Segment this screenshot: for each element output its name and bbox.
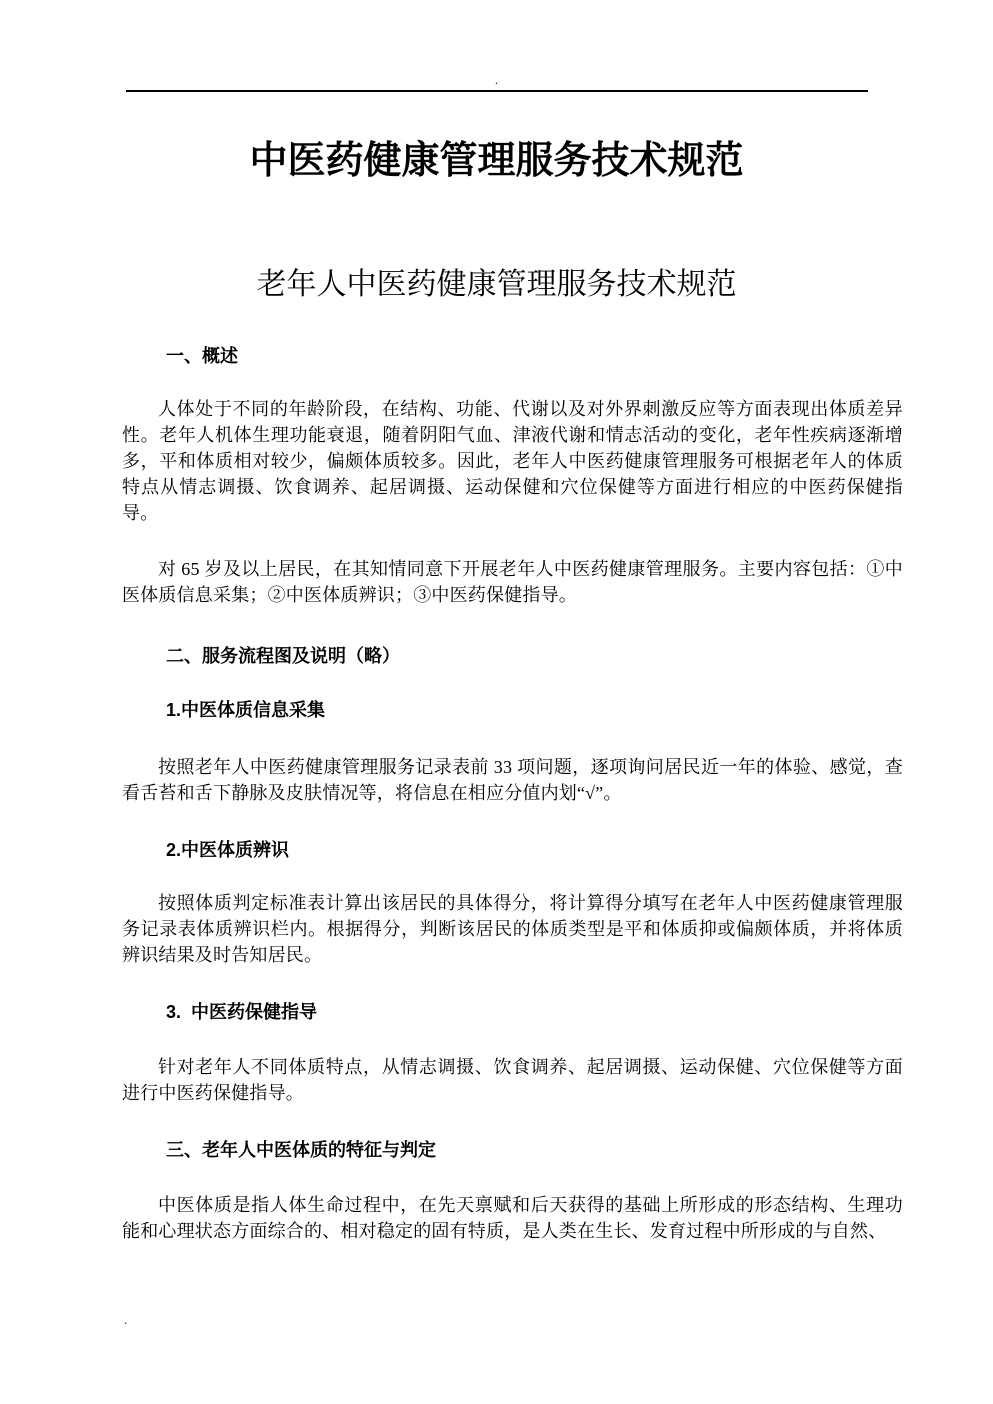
paragraph-healthcare-guidance: 针对老年人不同体质特点，从情志调摄、饮食调养、起居调摄、运动保健、穴位保健等方面…	[122, 1054, 903, 1106]
section-heading-overview: 一、概述	[122, 344, 903, 368]
header-dot: .	[0, 0, 993, 90]
document-title: 中医药健康管理服务技术规范	[0, 136, 993, 186]
paragraph-characteristics-judgment: 中医体质是指人体生命过程中，在先天禀赋和后天获得的基础上所形成的形态结构、生理功…	[122, 1192, 903, 1244]
paragraph-overview-1: 人体处于不同的年龄阶段，在结构、功能、代谢以及对外界刺激反应等方面表现出体质差异…	[122, 396, 903, 526]
document-body: 一、概述 人体处于不同的年龄阶段，在结构、功能、代谢以及对外界刺激反应等方面表现…	[122, 344, 903, 1328]
paragraph-constitution-identification: 按照体质判定标准表计算出该居民的具体得分，将计算得分填写在老年人中医药健康管理服…	[122, 890, 903, 968]
paragraph-info-collection: 按照老年人中医药健康管理服务记录表前 33 项问题，逐项询问居民近一年的体验、感…	[122, 754, 903, 806]
section-heading-constitution-identification: 2.中医体质辨识	[122, 838, 903, 862]
footer-dot: .	[124, 1312, 903, 1328]
section-heading-characteristics-judgment: 三、老年人中医体质的特征与判定	[122, 1138, 903, 1162]
header-divider	[126, 90, 868, 92]
document-page: . 中医药健康管理服务技术规范 老年人中医药健康管理服务技术规范 一、概述 人体…	[0, 0, 993, 1404]
section-heading-service-flow: 二、服务流程图及说明（略）	[122, 644, 903, 668]
paragraph-overview-2: 对 65 岁及以上居民，在其知情同意下开展老年人中医药健康管理服务。主要内容包括…	[122, 556, 903, 608]
document-subtitle: 老年人中医药健康管理服务技术规范	[0, 266, 993, 304]
section-heading-healthcare-guidance: 3. 中医药保健指导	[122, 1000, 903, 1024]
section-heading-info-collection: 1.中医体质信息采集	[122, 698, 903, 722]
